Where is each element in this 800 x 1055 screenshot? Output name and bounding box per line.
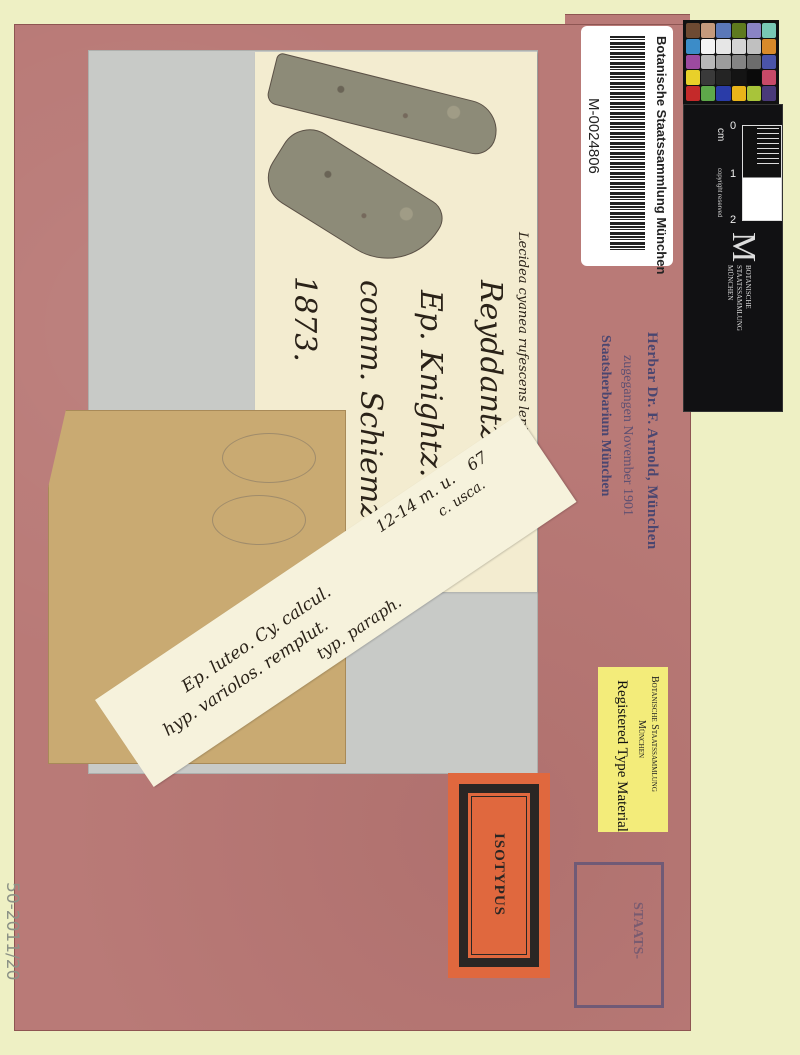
color-swatch	[762, 70, 776, 85]
stamp-line-1: Herbar Dr. F. Arnold, München	[643, 332, 660, 550]
color-swatch	[747, 86, 761, 101]
faint-herbarium-stamp	[574, 862, 664, 1008]
scale-tick-2: 2	[730, 214, 736, 226]
scale-tick-0: 0	[730, 120, 736, 132]
color-swatch	[686, 39, 700, 54]
stamp-line-3: Staatsherbarium München	[597, 335, 613, 496]
color-swatch	[686, 86, 700, 101]
pencil-outline	[212, 495, 306, 545]
color-swatch	[686, 70, 700, 85]
color-swatch	[747, 70, 761, 85]
logo-text-2: STAATSSAMMLUNG	[735, 265, 743, 331]
type-label-institution: Botanische Staatssammlung	[649, 676, 660, 792]
color-swatch	[701, 86, 715, 101]
color-swatch	[747, 55, 761, 70]
color-swatch	[686, 55, 700, 70]
stamp-line-2: zugegangen November 1901	[619, 355, 635, 516]
color-swatch	[701, 39, 715, 54]
margin-pencil-note: 50-2011/20	[2, 882, 22, 980]
barcode-institution: Botanische Staatssammlung München	[654, 36, 669, 274]
color-swatch	[716, 23, 730, 38]
logo-text-3: MÜNCHEN	[726, 265, 734, 300]
color-swatch	[732, 55, 746, 70]
catalog-number: M-0024806	[585, 98, 602, 174]
copyright-notice: copyright reserved	[716, 168, 722, 217]
color-swatch	[701, 55, 715, 70]
scale-unit: cm	[715, 128, 726, 141]
color-swatch	[716, 70, 730, 85]
barcode	[610, 36, 645, 251]
scale-tick-1: 1	[730, 168, 736, 180]
color-swatch	[747, 23, 761, 38]
color-swatch	[701, 70, 715, 85]
color-swatch	[762, 86, 776, 101]
color-swatch	[716, 39, 730, 54]
type-label-city: München	[636, 720, 647, 758]
color-swatch	[732, 70, 746, 85]
color-swatch	[686, 23, 700, 38]
color-swatch	[701, 23, 715, 38]
color-calibration-card	[683, 20, 779, 104]
color-swatch	[732, 23, 746, 38]
handwritten-line-5: 1873.	[287, 276, 322, 362]
color-swatch	[732, 39, 746, 54]
type-label-title: Registered Type Material	[613, 680, 630, 832]
pencil-outline	[222, 433, 316, 483]
color-swatch	[762, 39, 776, 54]
color-swatch	[762, 55, 776, 70]
color-swatch	[762, 23, 776, 38]
ruler-ticks	[757, 128, 779, 168]
color-swatch	[716, 55, 730, 70]
color-swatch	[716, 86, 730, 101]
institution-logo-icon: M	[724, 232, 762, 262]
strip-line-2: 67	[463, 448, 491, 475]
isotypus-text: ISOTYPUS	[490, 833, 507, 916]
faint-stamp-text: STAATS-	[629, 902, 645, 959]
color-swatch	[732, 86, 746, 101]
color-swatch	[747, 39, 761, 54]
logo-text-1: BOTANISCHE	[743, 265, 752, 309]
handwritten-line-3: Ep. Knightz.	[413, 290, 448, 477]
